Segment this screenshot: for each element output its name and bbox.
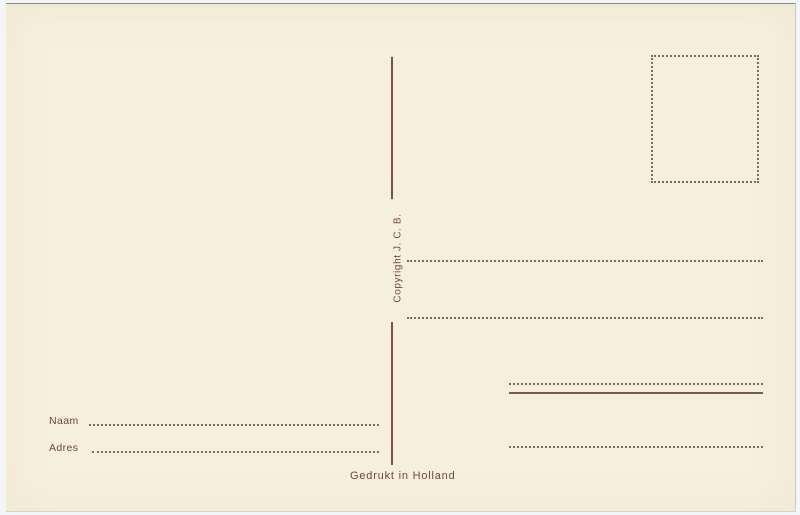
- address-line-4: [509, 446, 763, 448]
- divider-line-bottom: [391, 322, 393, 465]
- postcard-back: Copyright J. C. B. Naam Adres Gedrukt in…: [6, 3, 796, 512]
- address-field-line[interactable]: [92, 451, 379, 453]
- divider-line-top: [391, 57, 393, 199]
- name-label: Naam: [49, 415, 79, 427]
- copyright-text: Copyright J. C. B.: [393, 213, 404, 302]
- address-line-2: [407, 317, 763, 319]
- address-line-3: [509, 383, 763, 385]
- stamp-box: [651, 55, 759, 183]
- printed-in-text: Gedrukt in Holland: [350, 470, 456, 482]
- address-label: Adres: [49, 442, 78, 454]
- address-underline: [509, 392, 763, 394]
- name-field-line[interactable]: [89, 424, 379, 426]
- address-line-1: [407, 260, 763, 262]
